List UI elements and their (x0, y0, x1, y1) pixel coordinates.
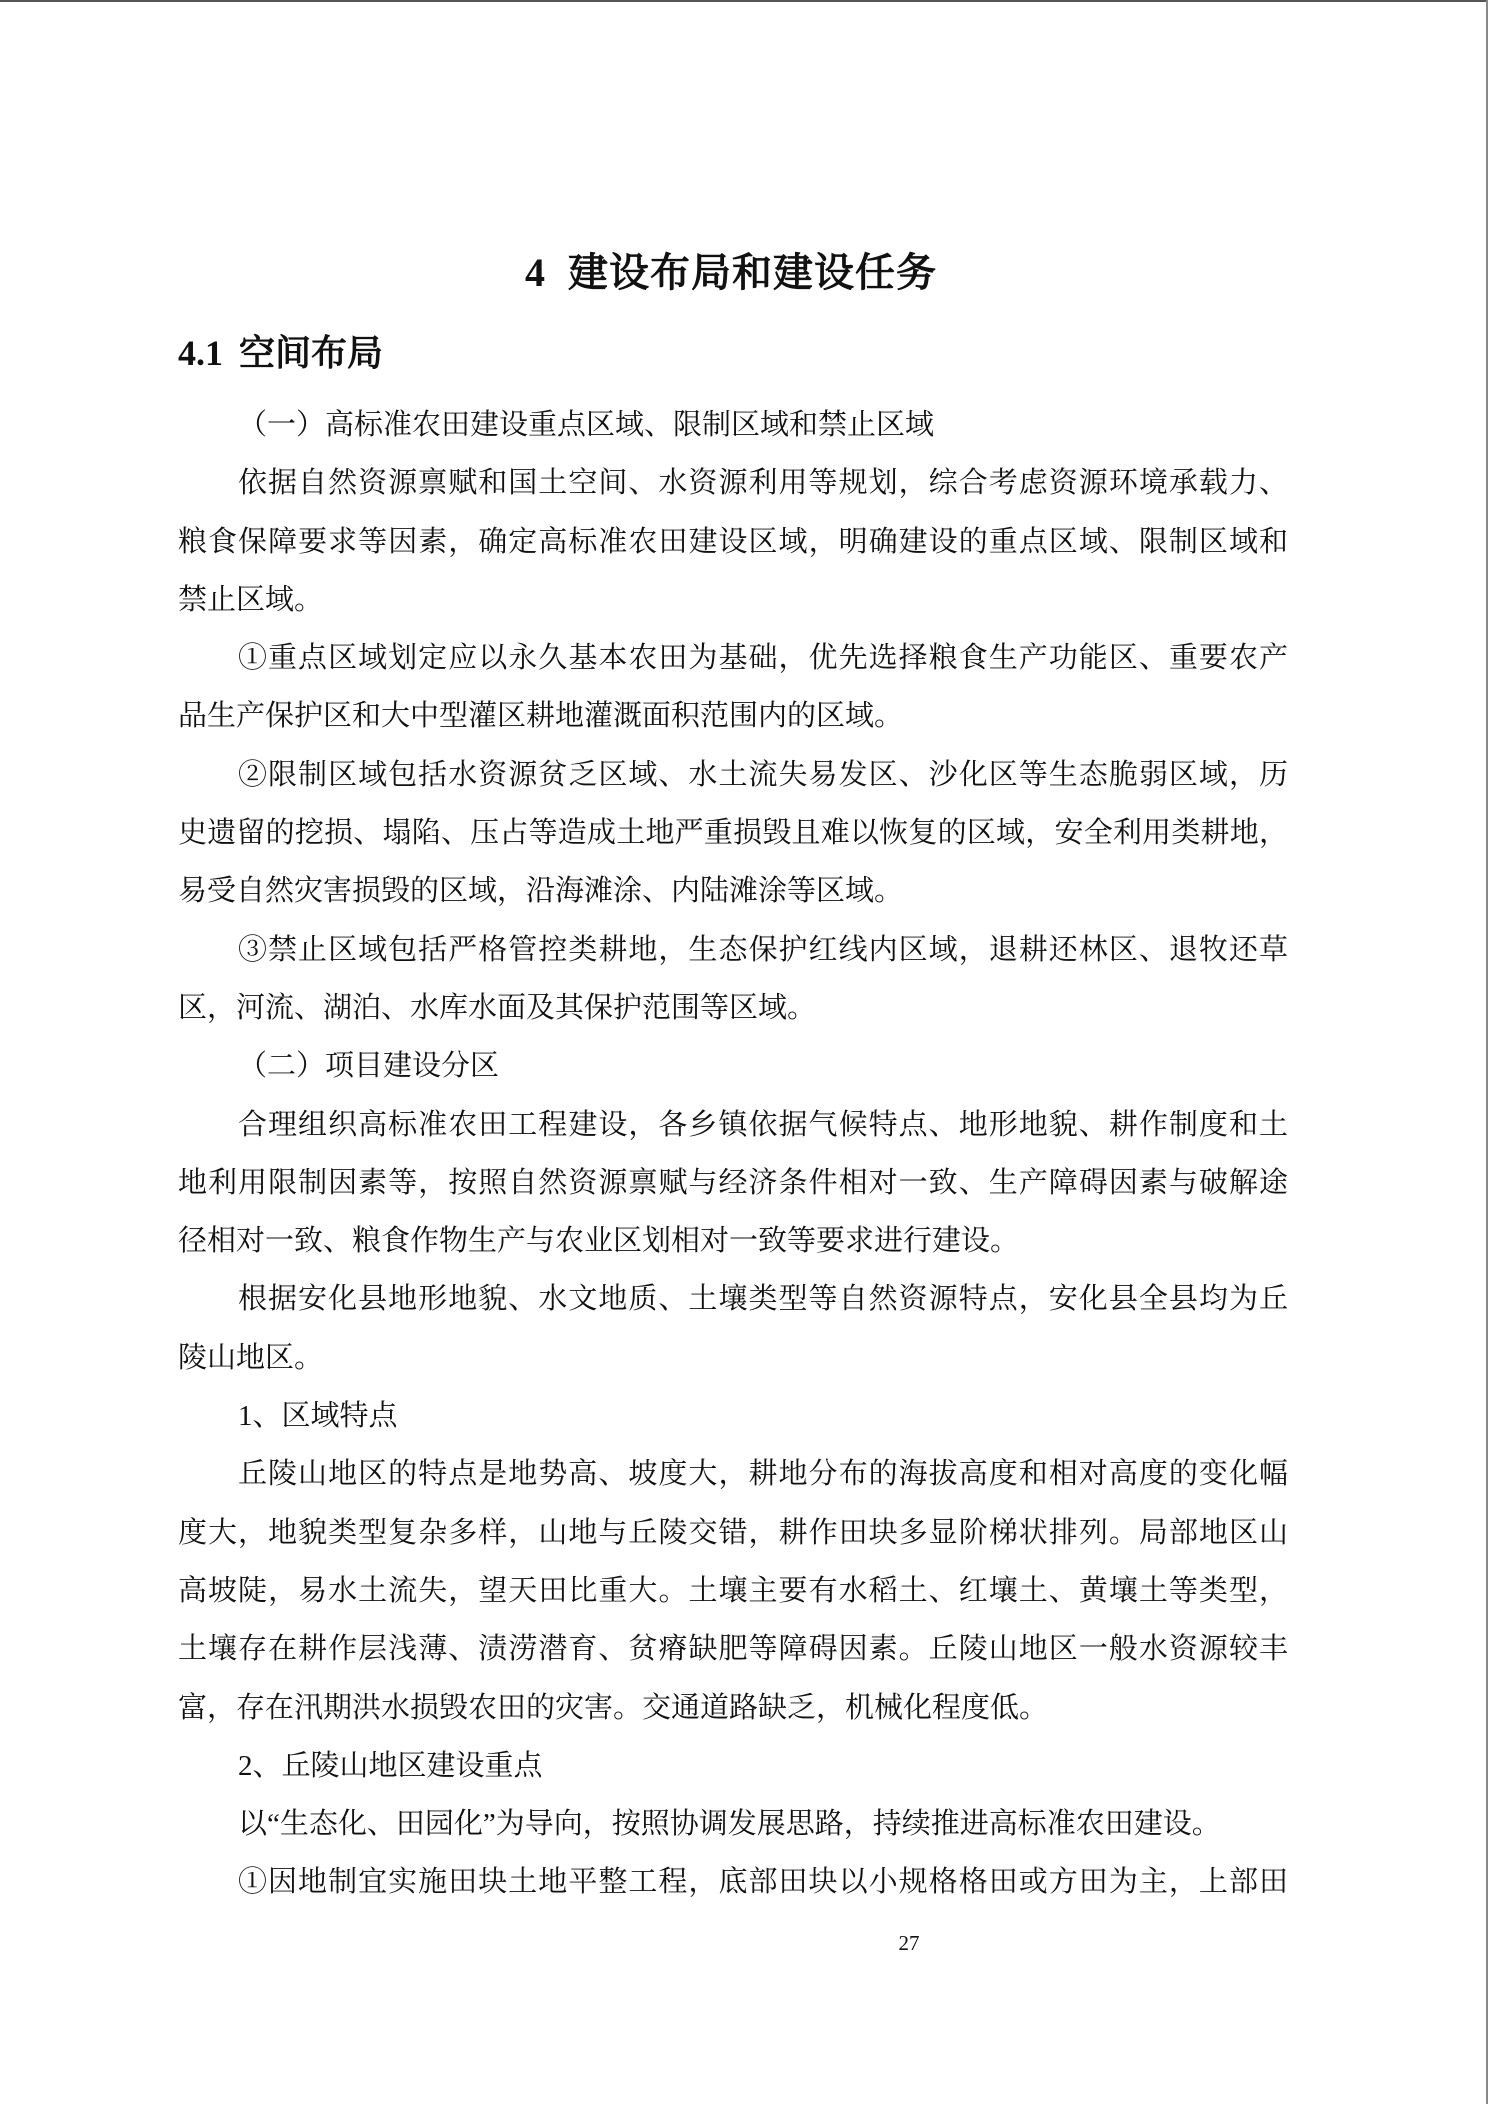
text-line: 度大，地貌类型复杂多样，山地与丘陵交错，耕作田块多显阶梯状排列。局部地区山 (178, 1504, 1288, 1562)
text-line: 禁止区域。 (178, 571, 1288, 629)
text-line: 土壤存在耕作层浅薄、渍涝潜育、贫瘠缺肥等障碍因素。丘陵山地区一般水资源较丰 (178, 1620, 1288, 1678)
section-title-text: 空间布局 (239, 333, 383, 373)
text-line: ①因地制宜实施田块土地平整工程，底部田块以小规格格田或方田为主，上部田 (178, 1853, 1288, 1911)
chapter-number: 4 (525, 250, 546, 295)
text-line: 高坡陡，易水土流失，望天田比重大。土壤主要有水稻土、红壤土、黄壤土等类型， (178, 1562, 1288, 1620)
text-line: （二）项目建设分区 (178, 1037, 1288, 1095)
section-heading: 4.1空间布局 (178, 328, 383, 378)
chapter-title: 4建设布局和建设任务 (0, 248, 1462, 298)
text-line: 富，存在汛期洪水损毁农田的灾害。交通道路缺乏，机械化程度低。 (178, 1679, 1288, 1737)
text-line: 合理组织高标准农田工程建设，各乡镇依据气候特点、地形地貌、耕作制度和土 (178, 1096, 1288, 1154)
text-line: 丘陵山地区的特点是地势高、坡度大，耕地分布的海拔高度和相对高度的变化幅 (178, 1445, 1288, 1503)
text-line: 品生产保护区和大中型灌区耕地灌溉面积范围内的区域。 (178, 687, 1288, 745)
text-line: ③禁止区域包括严格管控类耕地，生态保护红线内区域，退耕还林区、退牧还草 (178, 921, 1288, 979)
text-line: 史遗留的挖损、塌陷、压占等造成土地严重损毁且难以恢复的区域，安全利用类耕地， (178, 804, 1288, 862)
text-line: 陵山地区。 (178, 1329, 1288, 1387)
text-line: 区，河流、湖泊、水库水面及其保护范围等区域。 (178, 979, 1288, 1037)
text-line: 以“生态化、田园化”为导向，按照协调发展思路，持续推进高标准农田建设。 (178, 1795, 1288, 1853)
text-line: 依据自然资源禀赋和国土空间、水资源利用等规划，综合考虑资源环境承载力、 (178, 454, 1288, 512)
section-number: 4.1 (178, 333, 223, 373)
text-line: ①重点区域划定应以永久基本农田为基础，优先选择粮食生产功能区、重要农产 (178, 629, 1288, 687)
page-top-border (0, 0, 1488, 2)
text-line: 根据安化县地形地貌、水文地质、土壤类型等自然资源特点，安化县全县均为丘 (178, 1270, 1288, 1328)
text-line: 径相对一致、粮食作物生产与农业区划相对一致等要求进行建设。 (178, 1212, 1288, 1270)
text-line: 1、区域特点 (178, 1387, 1288, 1445)
text-line: ②限制区域包括水资源贫乏区域、水土流失易发区、沙化区等生态脆弱区域，历 (178, 746, 1288, 804)
chapter-title-text: 建设布局和建设任务 (568, 250, 937, 295)
text-line: 地利用限制因素等，按照自然资源禀赋与经济条件相对一致、生产障碍因素与破解途 (178, 1154, 1288, 1212)
body-text: （一）高标准农田建设重点区域、限制区域和禁止区域依据自然资源禀赋和国土空间、水资… (178, 396, 1288, 1912)
page-number: 27 (178, 1928, 1488, 1958)
text-line: 粮食保障要求等因素，确定高标准农田建设区域，明确建设的重点区域、限制区域和 (178, 513, 1288, 571)
text-line: 2、丘陵山地区建设重点 (178, 1737, 1288, 1795)
text-line: 易受自然灾害损毁的区域，沿海滩涂、内陆滩涂等区域。 (178, 862, 1288, 920)
text-line: （一）高标准农田建设重点区域、限制区域和禁止区域 (178, 396, 1288, 454)
